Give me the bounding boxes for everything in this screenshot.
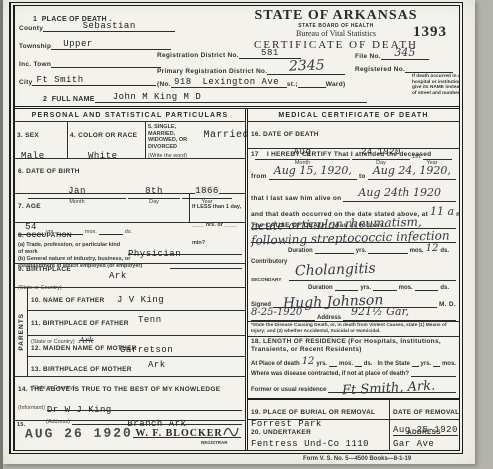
race-cell: 4. COLOR OR RACE White xyxy=(67,122,145,158)
form-number-footer: Form V. S. No. 5—4500 Books—8-1-19 xyxy=(303,456,411,462)
former-residence-value: Ft Smith, Ark. xyxy=(342,378,436,398)
city-label: City xyxy=(19,79,32,86)
birthplace-number: 9. xyxy=(18,266,24,273)
contributory-label: Contributory xyxy=(251,259,287,265)
cause-of-death-lines: acute articular rheumatism, following st… xyxy=(248,215,459,243)
sex-race-marital-row: 3. SEX Male 4. COLOR OR RACE White 5. SI… xyxy=(15,122,245,159)
primary-district-line: 2345 xyxy=(267,62,345,75)
occupation-label: OCCUPATION xyxy=(26,232,72,239)
form-body: PERSONAL AND STATISTICAL PARTICULARS 3. … xyxy=(15,109,459,451)
inc-town-row: Inc. Town xyxy=(19,56,161,68)
registered-no-line xyxy=(405,63,453,73)
undertaker-row: 20. UNDERTAKER Fentress Und-Co 1110 ADDR… xyxy=(248,419,459,451)
at-place-yrs-label: yrs. xyxy=(316,361,327,367)
certify-to-date: Aug 24, 1920, xyxy=(373,164,451,177)
in-state-yrs-label: yrs. xyxy=(421,361,432,367)
street-suffix-label: st.; xyxy=(287,81,298,88)
removal-date-cell: DATE OF REMOVAL Aug 25-1920 xyxy=(390,400,459,419)
parents-label: PARENTS xyxy=(18,313,25,351)
full-name-row: 2 FULL NAME John M King M D xyxy=(43,91,367,103)
mother-birthplace-row: 13. BIRTHPLACE OF MOTHER Ark (State or C… xyxy=(28,357,245,376)
undertaker-address-label: ADDRESS xyxy=(407,429,441,436)
removal-label: DATE OF REMOVAL xyxy=(393,409,459,416)
race-label: COLOR OR RACE xyxy=(78,132,137,139)
registration-district-row: Registration District No. 581 xyxy=(157,48,301,59)
at-place-mos-line xyxy=(329,360,337,367)
certify-death-time: 11 a xyxy=(430,205,454,218)
full-name-line: John M King M D xyxy=(95,91,367,103)
mother-bp-value: Ark xyxy=(148,360,166,370)
occupation-number: 8. xyxy=(18,232,24,239)
certificate-serial-number: 1393 xyxy=(413,24,447,41)
at-place-ds-line xyxy=(355,360,362,367)
former-residence-label: Former or usual residence xyxy=(251,387,326,393)
city-row: City Ft Smith xyxy=(19,74,156,86)
house-no-line: 918 xyxy=(171,77,195,88)
burial-place-cell: 19. PLACE OF BURIAL OR REMOVAL Forrest P… xyxy=(248,400,390,419)
file-no-line: 345 xyxy=(381,48,429,60)
occupation-a-label: (a) Trade, profession, or particular kin… xyxy=(18,242,126,255)
contributory-value: Cholangitis xyxy=(295,261,376,280)
certificate-paper: 1 PLACE OF DEATH . County Sebastian Town… xyxy=(3,0,475,464)
contracted-line xyxy=(411,370,456,377)
full-name-label: FULL NAME xyxy=(52,96,95,103)
inc-town-label: Inc. Town xyxy=(19,61,51,68)
date-of-birth-section: 6. DATE OF BIRTH Jan Month 8th Day xyxy=(15,159,245,194)
marital-note: (Write the word) xyxy=(148,153,243,159)
registrar-signature: W. F. BLOCKER xyxy=(135,428,222,439)
full-name-value: John M King M D xyxy=(113,92,202,102)
in-state-label: In the State xyxy=(377,361,409,367)
mother-name-row: 12. MAIDEN NAME OF MOTHER Garretson xyxy=(28,336,245,357)
personal-title: PERSONAL AND STATISTICAL PARTICULARS xyxy=(15,109,245,122)
full-name-number: 2 xyxy=(43,96,47,103)
cause-footnote-section: *State the Disease Causing Death, or, in… xyxy=(248,321,459,337)
primary-district-row: Primary Registration District No. 2345 xyxy=(157,62,345,75)
informant-section-label: THE ABOVE IS TRUE TO THE BEST OF MY KNOW… xyxy=(30,386,220,393)
sign-date-address-row: 8-25-1920 Address 921½ Gar, xyxy=(248,308,459,321)
registrar-line: W. F. BLOCKER xyxy=(133,423,241,438)
county-label: County xyxy=(19,25,43,32)
father-label: NAME OF FATHER xyxy=(43,297,105,304)
certify-intro: I HEREBY CERTIFY That I attended the dec… xyxy=(267,151,432,158)
age-section: 7. AGE 54 yrs. mos. ds. If LESS xyxy=(15,194,245,223)
hospital-instruction-note: If death occurred in a hospital or insti… xyxy=(412,74,463,96)
at-place-mos-label: mos. xyxy=(339,361,353,367)
registration-district-label: Registration District No. xyxy=(157,52,239,59)
form-header: 1 PLACE OF DEATH . County Sebastian Town… xyxy=(15,6,459,109)
county-line: Sebastian xyxy=(43,20,175,32)
marital-cell: 5. SINGLE, MARRIED, WIDOWED, OR DIVORCED… xyxy=(145,122,245,158)
duration-1-yrs-line xyxy=(315,247,354,254)
file-no-row: File No. 345 xyxy=(355,48,429,60)
death-date-number: 16. xyxy=(251,131,261,138)
contracted-label: Where was disease contracted, if not at … xyxy=(251,371,409,377)
undertaker-number: 20. xyxy=(251,429,261,436)
township-line: Upper xyxy=(51,38,171,50)
father-bp-label: BIRTHPLACE OF FATHER xyxy=(43,320,129,327)
residence-label: LENGTH OF RESIDENCE (For Hospitals, Inst… xyxy=(251,338,441,353)
personal-column: PERSONAL AND STATISTICAL PARTICULARS 3. … xyxy=(15,109,248,451)
birth-label: DATE OF BIRTH xyxy=(26,168,80,175)
county-row: County Sebastian xyxy=(19,20,175,32)
contributory-row: Contributory SECONDARY Cholangitis xyxy=(248,254,459,281)
medical-title: MEDICAL CERTIFICATE OF DEATH xyxy=(248,109,459,122)
certificate-form: 1 PLACE OF DEATH . County Sebastian Town… xyxy=(9,2,463,454)
duration-1-days-value: 12 xyxy=(426,243,439,254)
burial-label: PLACE OF BURIAL OR REMOVAL xyxy=(263,409,375,416)
township-row: Township Upper xyxy=(19,38,171,50)
duration-2-ds-line xyxy=(415,284,439,291)
father-number: 10. xyxy=(31,297,41,304)
ward-label: Ward) xyxy=(326,81,346,88)
inc-town-line xyxy=(51,56,161,68)
date-of-death-section: 16. DATE OF DEATH Aug Month 24 1920 Day xyxy=(248,122,459,149)
marital-value: Married xyxy=(203,130,249,141)
duration-2-yrs-line xyxy=(335,284,359,291)
informant-number: 14. xyxy=(18,386,28,393)
birthplace-value: Ark xyxy=(109,271,127,281)
mother-value: Garretson xyxy=(120,345,173,355)
father-bp-value: Tenn xyxy=(138,315,162,325)
registrar-label: REGISTRAR xyxy=(201,440,228,445)
father-birthplace-row: 11. BIRTHPLACE OF FATHER Tenn (State or … xyxy=(28,311,245,336)
sex-number: 3. xyxy=(17,132,23,139)
filed-date-stamp: AUG 26 1920 xyxy=(25,426,133,442)
certify-death-suffix: m. xyxy=(456,211,459,218)
medical-column: MEDICAL CERTIFICATE OF DEATH 16. DATE OF… xyxy=(248,109,459,451)
duration-row-2: Duration yrs. mos. ds. xyxy=(248,281,459,291)
masthead-bureau: Bureau of Vital Statistics xyxy=(243,29,429,38)
registration-district-value: 581 xyxy=(261,48,279,58)
city-value: Ft Smith xyxy=(36,75,83,85)
mother-bp-number: 13. xyxy=(31,366,41,373)
duration-2-mos-line xyxy=(373,284,397,291)
father-bp-number: 11. xyxy=(31,320,41,327)
in-state-mos-line xyxy=(433,360,440,367)
registered-no-row: Registered No. xyxy=(355,63,453,73)
race-number: 4. xyxy=(70,132,76,139)
house-no-value: 918 xyxy=(174,77,192,87)
street-address-row: (No. 918 Lexington Ave st.; Ward) xyxy=(157,77,345,88)
primary-district-label: Primary Registration District No. xyxy=(157,68,267,75)
mother-number: 12. xyxy=(31,345,41,352)
parents-sidebar: PARENTS xyxy=(15,288,28,376)
filed-section: 15. AUG 26 1920 W. F. BLOCKER REGISTRAR xyxy=(15,421,245,451)
in-state-mos-label: mos. xyxy=(442,361,456,367)
sex-cell: 3. SEX Male xyxy=(15,122,67,158)
file-no-label: File No. xyxy=(355,53,381,60)
in-state-yrs-line xyxy=(412,360,419,367)
file-no-value: 345 xyxy=(394,46,415,59)
signature-flourish-icon xyxy=(223,426,239,438)
street-line: Lexington Ave xyxy=(195,77,287,88)
informant-label: (Informant) xyxy=(18,405,45,411)
registered-no-label: Registered No. xyxy=(355,66,405,73)
county-value: Sebastian xyxy=(83,21,136,31)
duration-1-mos-line xyxy=(368,247,407,254)
certify-last-saw-prefix: that I last saw him alive on xyxy=(251,195,341,202)
undertaker-label: UNDERTAKER xyxy=(263,429,311,436)
registration-district-line: 581 xyxy=(239,48,301,59)
mother-bp-label: BIRTHPLACE OF MOTHER xyxy=(43,366,132,373)
street-value: Lexington Ave xyxy=(202,77,279,87)
certify-to-label: to xyxy=(359,173,366,180)
undertaker-address-cell: ADDRESS Gar Ave xyxy=(390,420,459,451)
township-label: Township xyxy=(19,43,51,50)
parents-block: PARENTS 10. NAME OF FATHER J V King 11. … xyxy=(15,288,245,377)
age-number: 7. xyxy=(18,203,24,210)
undertaker-address-value: Gar Ave xyxy=(393,439,456,449)
burial-number: 19. xyxy=(251,409,261,416)
age-label: AGE xyxy=(26,203,41,210)
masthead-state: STATE OF ARKANSAS xyxy=(243,8,429,24)
ward-line xyxy=(298,78,326,88)
certify-number: 17 xyxy=(251,151,259,158)
certify-section: 17 I HEREBY CERTIFY That I attended the … xyxy=(248,149,459,215)
father-value: J V King xyxy=(117,295,164,305)
burial-row: 19. PLACE OF BURIAL OR REMOVAL Forrest P… xyxy=(248,398,459,419)
birth-number: 6. xyxy=(18,168,24,175)
undertaker-value: Fentress Und-Co 1110 xyxy=(251,439,386,449)
death-date-label: DATE OF DEATH xyxy=(263,131,319,138)
cause-footnote: *State the Disease Causing Death, or, in… xyxy=(251,323,456,335)
undertaker-cell: 20. UNDERTAKER Fentress Und-Co 1110 xyxy=(248,420,390,451)
marital-number: 5. xyxy=(148,124,153,130)
certify-from-date: Aug 15, 1920, xyxy=(274,164,352,177)
sex-label: SEX xyxy=(25,132,39,139)
father-name-row: 10. NAME OF FATHER J V King xyxy=(28,288,245,311)
certify-from-label: from xyxy=(251,173,267,180)
birthplace-section: 9. BIRTHPLACE (State or Country) Ark xyxy=(15,264,245,288)
scanned-death-certificate: 1 PLACE OF DEATH . County Sebastian Town… xyxy=(0,0,493,469)
primary-district-value: 2345 xyxy=(288,57,324,74)
informant-section: 14. THE ABOVE IS TRUE TO THE BEST OF MY … xyxy=(15,377,245,421)
marital-label: SINGLE, MARRIED, WIDOWED, OR DIVORCED xyxy=(148,124,187,150)
birthplace-label: BIRTHPLACE xyxy=(26,266,71,273)
township-value: Upper xyxy=(63,39,93,49)
residence-number: 18. xyxy=(251,338,261,345)
address-no-label: (No. xyxy=(157,81,171,88)
residence-section: 18. LENGTH OF RESIDENCE (For Hospitals, … xyxy=(248,337,459,398)
at-place-years-value: 12 xyxy=(302,356,315,367)
certify-last-saw-date: Aug 24th 1920 xyxy=(358,186,441,199)
at-place-ds-label: ds. xyxy=(364,361,373,367)
city-line: Ft Smith xyxy=(32,74,156,86)
at-place-label: At Place of death xyxy=(251,361,300,367)
